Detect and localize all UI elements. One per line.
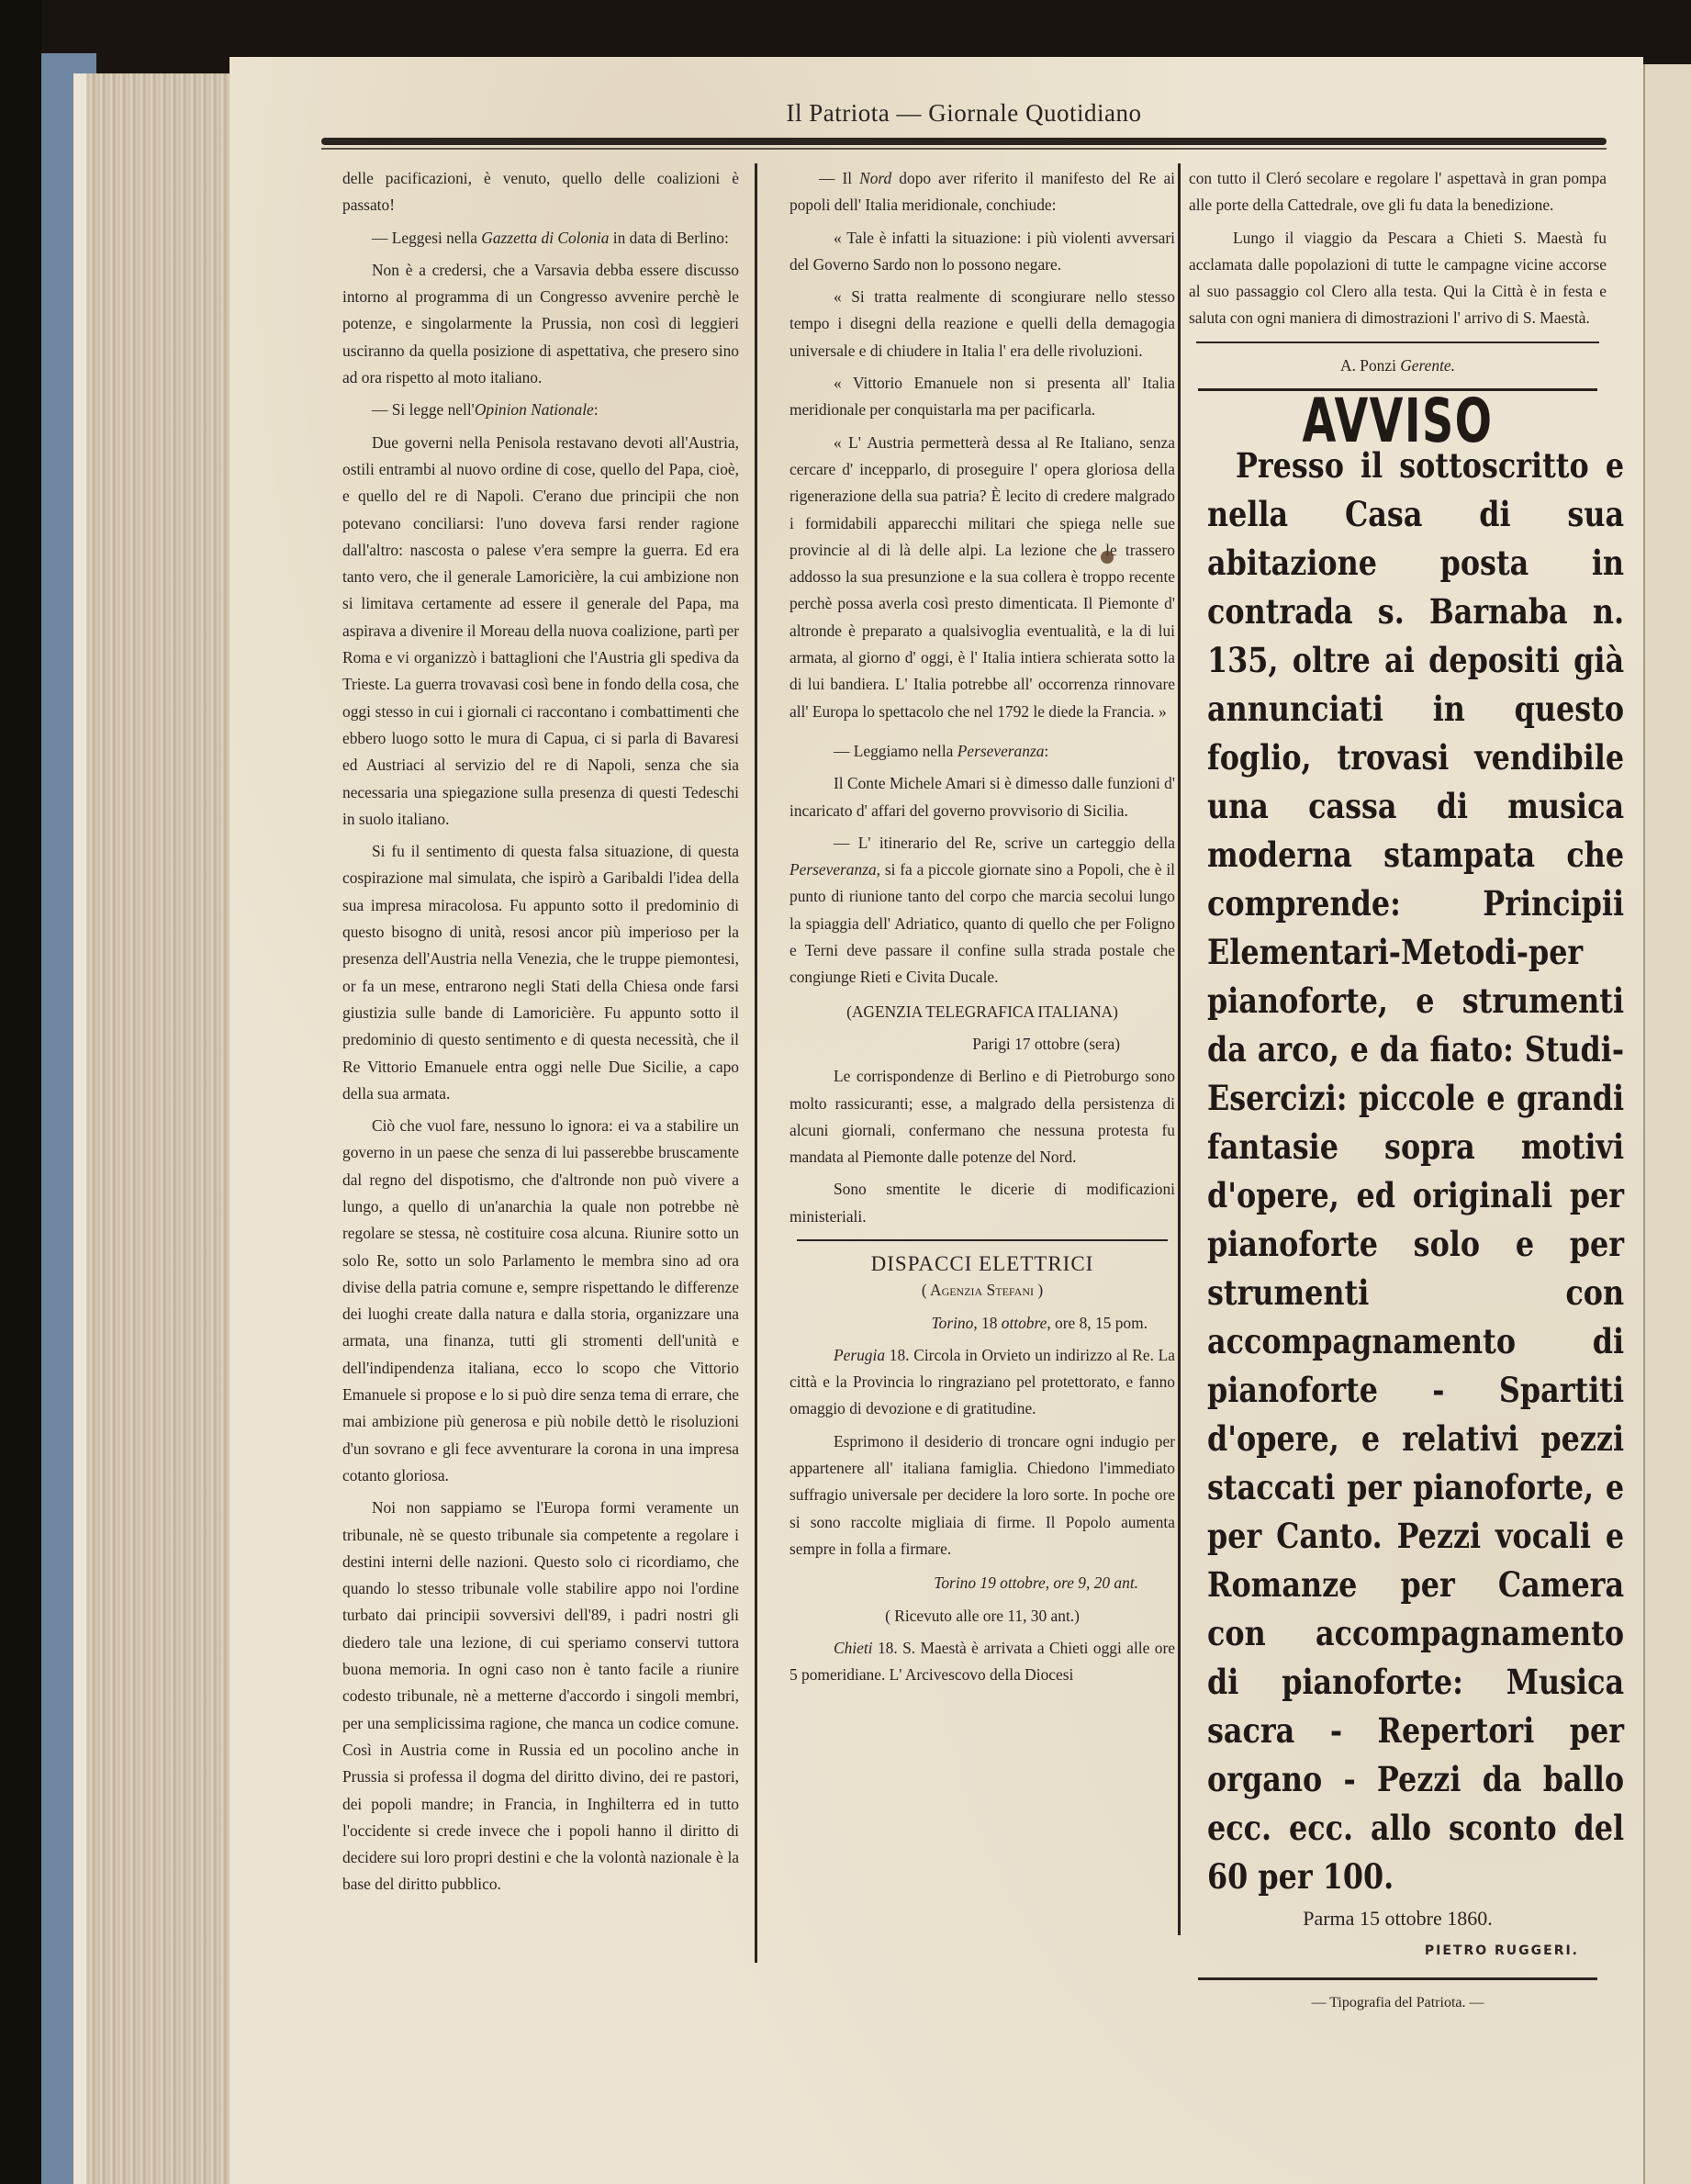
dateline: Torino 19 ottobre, ore 9, 20 ant. [790, 1570, 1175, 1596]
quote-paragraph: « L' Austria permetterà dessa al Re Ital… [790, 430, 1175, 725]
page-stack-edges [73, 73, 242, 2184]
masthead-rule [321, 138, 1607, 145]
source-name: Perseveranza [957, 742, 1045, 760]
advertisement-signature: PIETRO RUGGERI. [1189, 1938, 1607, 1965]
quote-paragraph: « Vittorio Emanuele non si presenta all'… [790, 370, 1175, 424]
column-3: con tutto il Cleró secolare e regolare l… [1189, 165, 1607, 2022]
paragraph: Il Conte Michele Amari si è dimesso dall… [790, 770, 1175, 824]
place-name: Chieti [834, 1639, 873, 1657]
quote-paragraph: « Si tratta realmente di scongiurare nel… [790, 284, 1175, 364]
dateline: Parigi 17 ottobre (sera) [790, 1031, 1175, 1058]
paragraph-source-intro: — Leggiamo nella Perseveranza: [790, 738, 1175, 765]
quote-paragraph: « Tale è infatti la situazione: i più vi… [790, 225, 1175, 279]
advertisement-title: AVVISO [1248, 408, 1549, 434]
paragraph: Lungo il viaggio da Pescara a Chieti S. … [1189, 225, 1607, 332]
ink-stain [1101, 551, 1114, 564]
adjacent-page-edge [1643, 64, 1691, 2184]
column-divider-1 [755, 163, 757, 1963]
section-rule [797, 1239, 1168, 1241]
agency-subtitle: ( Agenzia Stefani ) [790, 1277, 1175, 1304]
signature-rule [1196, 342, 1599, 343]
masthead: Il Patriota — Giornale Quotidiano [780, 99, 1148, 128]
footer-rule [1198, 1977, 1597, 1980]
dateline: Torino, 18 ottobre, ore 8, 15 pom. [790, 1310, 1175, 1337]
advertisement-body: Presso il sottoscritto e nella Casa di s… [1207, 442, 1624, 1901]
source-name: Nord [859, 169, 891, 187]
paragraph: Due governi nella Penisola restavano dev… [342, 430, 739, 833]
place-name: Perugia [834, 1346, 885, 1364]
received-note: ( Ricevuto alle ore 11, 30 ant.) [790, 1603, 1175, 1630]
source-name: Gazzetta di Colonia [481, 229, 609, 247]
paragraph: Esprimono il desiderio di troncare ogni … [790, 1428, 1175, 1562]
column-1: delle pacificazioni, è venuto, quello de… [342, 165, 739, 1904]
paragraph-source-intro: — Il Nord dopo aver riferito il manifest… [790, 165, 1175, 219]
source-name: Opinion Nationale [475, 400, 594, 419]
paragraph: Sono smentite le dicerie di modificazion… [790, 1176, 1175, 1230]
paragraph: Noi non sappiamo se l'Europa formi veram… [342, 1495, 739, 1898]
paragraph: delle pacificazioni, è venuto, quello de… [342, 165, 739, 219]
paragraph: Le corrispondenze di Berlino e di Pietro… [790, 1063, 1175, 1170]
scan-background [0, 0, 41, 2184]
section-title: DISPACCI ELETTRICI [790, 1250, 1175, 1277]
dispatch-paragraph: Perugia 18. Circola in Orvieto un indiri… [790, 1342, 1175, 1423]
masthead-rule-thin [321, 148, 1607, 150]
paragraph: Si fu il sentimento di questa falsa situ… [342, 838, 739, 1107]
agency-header: (AGENZIA TELEGRAFICA ITALIANA) [790, 999, 1175, 1025]
source-name: Perseveranza [790, 860, 877, 879]
printer-imprint: — Tipografia del Patriota. — [1189, 1989, 1607, 2016]
column-divider-2 [1178, 163, 1181, 1935]
paragraph-source-intro: — Leggesi nella Gazzetta di Colonia in d… [342, 225, 739, 252]
advertisement-date: Parma 15 ottobre 1860. [1189, 1905, 1607, 1932]
paragraph-source-intro: — Si legge nell'Opinion Nationale: [342, 397, 739, 423]
paragraph: Non è a credersi, che a Varsavia debba e… [342, 257, 739, 391]
column-2: — Il Nord dopo aver riferito il manifest… [790, 165, 1175, 1694]
dispatch-paragraph: Chieti 18. S. Maestà è arrivata a Chieti… [790, 1635, 1175, 1689]
paragraph-itinerary: — L' itinerario del Re, scrive un carteg… [790, 830, 1175, 991]
paragraph: Ciò che vuol fare, nessuno lo ignora: ei… [342, 1113, 739, 1489]
gerente-signature: A. Ponzi Gerente. [1189, 353, 1607, 379]
paragraph: con tutto il Cleró secolare e regolare l… [1189, 165, 1607, 219]
